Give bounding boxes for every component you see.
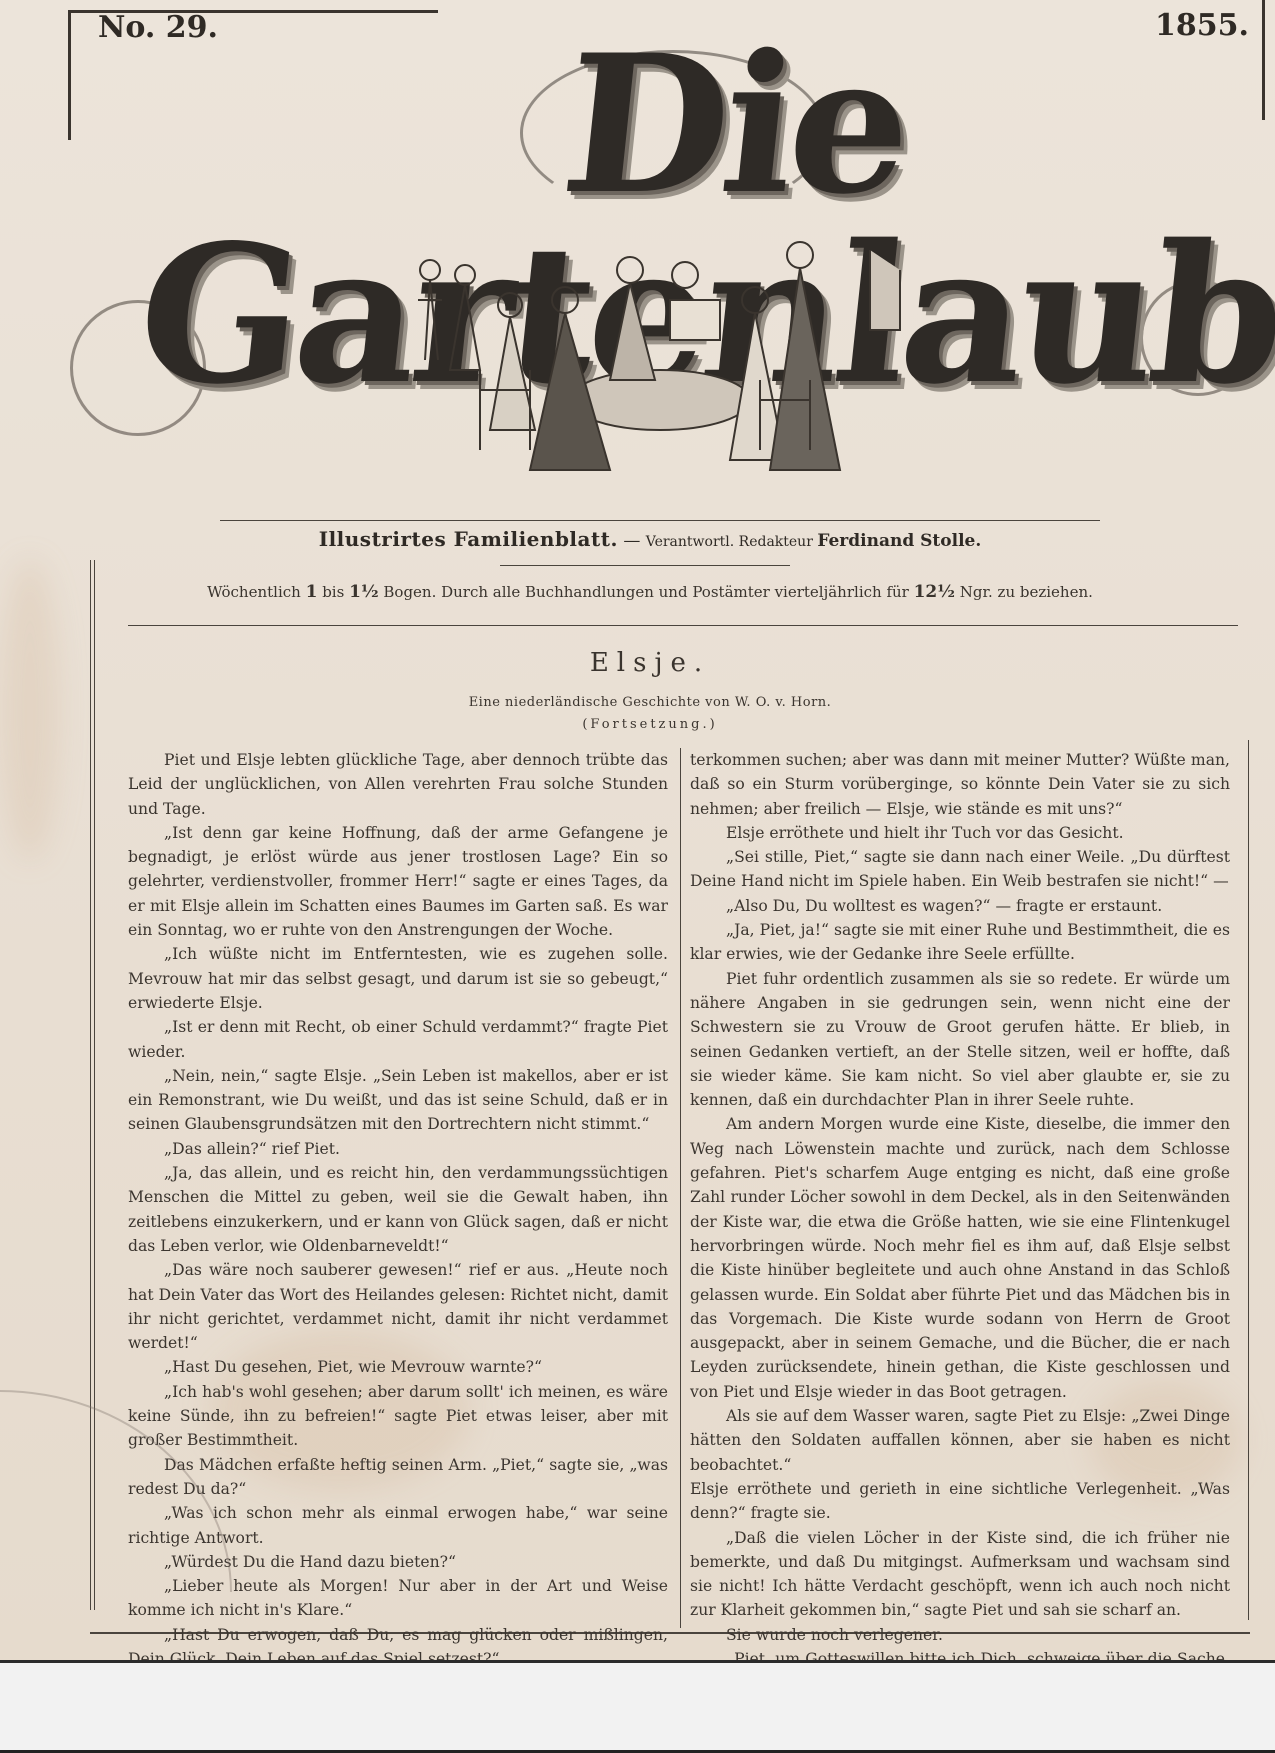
article-title: Elsje. (400, 648, 900, 678)
article-subtitle: Eine niederländische Geschichte von W. O… (400, 695, 900, 710)
paper-stain (0, 560, 60, 860)
paragraph: Elsje erröthete und gerieth in eine sich… (690, 1477, 1230, 1526)
paragraph: „Also Du, Du wolltest es wagen?“ — fragt… (690, 894, 1230, 918)
pubinfo-number: 1 (306, 582, 318, 602)
subtitle-editor-name: Ferdinand Stolle. (817, 531, 981, 551)
paragraph: „Ist denn gar keine Hoffnung, daß der ar… (128, 821, 668, 942)
pubinfo-rule (128, 625, 1238, 626)
paragraph: Sie wurde noch verlegener. (690, 1623, 1230, 1647)
paragraph: „Ja, das allein, und es reicht hin, den … (128, 1161, 668, 1258)
paragraph: „Ja, Piet, ja!“ sagte sie mit einer Ruhe… (690, 918, 1230, 967)
paragraph: Elsje erröthete und hielt ihr Tuch vor d… (690, 821, 1230, 845)
pubinfo-number: 1½ (349, 582, 379, 602)
subtitle-rule (500, 565, 790, 566)
paragraph: „Daß die vielen Löcher in der Kiste sind… (690, 1526, 1230, 1623)
paragraph: „Sei stille, Piet,“ sagte sie dann nach … (690, 845, 1230, 894)
garden-party-illustration (370, 210, 950, 510)
right-column: terkommen suchen; aber was dann mit mein… (690, 748, 1230, 1744)
pubinfo-price: 12½ (914, 582, 955, 602)
publication-info: Wöchentlich 1 bis 1½ Bogen. Durch alle B… (150, 582, 1150, 602)
paragraph: Piet fuhr ordentlich zusammen als sie so… (690, 967, 1230, 1113)
paragraph: „Hast Du gesehen, Piet, wie Mevrouw warn… (128, 1355, 668, 1379)
paragraph: „Ich hab's wohl gesehen; aber darum soll… (128, 1380, 668, 1453)
subtitle-editor-label: Verantwortl. Redakteur (646, 534, 818, 550)
subtitle-main: Illustrirtes Familienblatt. (319, 527, 618, 551)
article-continuation: (Fortsetzung.) (400, 717, 900, 732)
paragraph: „Ich wüßte nicht im Entferntesten, wie e… (128, 942, 668, 1015)
newspaper-page: No. 29. 1855. Die Gartenlaube. Illustrir… (0, 0, 1275, 1660)
subtitle-dash: — (618, 531, 646, 551)
column-divider (680, 748, 681, 1628)
pubinfo-text: Bogen. Durch alle Buchhandlungen und Pos… (379, 583, 914, 601)
header-rule (220, 520, 1100, 521)
paragraph: „Das allein?“ rief Piet. (128, 1137, 668, 1161)
pubinfo-text: Wöchentlich (207, 583, 305, 601)
paragraph: Das Mädchen erfaßte heftig seinen Arm. „… (128, 1453, 668, 1502)
paragraph: Als sie auf dem Wasser waren, sagte Piet… (690, 1404, 1230, 1477)
paragraph: Piet und Elsje lebten glückliche Tage, a… (128, 748, 668, 821)
page-border-right (1248, 740, 1249, 1620)
paragraph: terkommen suchen; aber was dann mit mein… (690, 748, 1230, 821)
pubinfo-text: Ngr. zu beziehen. (955, 583, 1093, 601)
pubinfo-text: bis (317, 583, 349, 601)
paragraph: „Ist er denn mit Recht, ob einer Schuld … (128, 1015, 668, 1064)
paragraph: Am andern Morgen wurde eine Kiste, diese… (690, 1112, 1230, 1404)
scan-background (0, 1660, 1275, 1753)
masthead-subtitle: Illustrirtes Familienblatt. — Verantwort… (150, 527, 1150, 551)
paragraph: „Nein, nein,“ sagte Elsje. „Sein Leben i… (128, 1064, 668, 1137)
paragraph: „Das wäre noch sauberer gewesen!“ rief e… (128, 1258, 668, 1355)
